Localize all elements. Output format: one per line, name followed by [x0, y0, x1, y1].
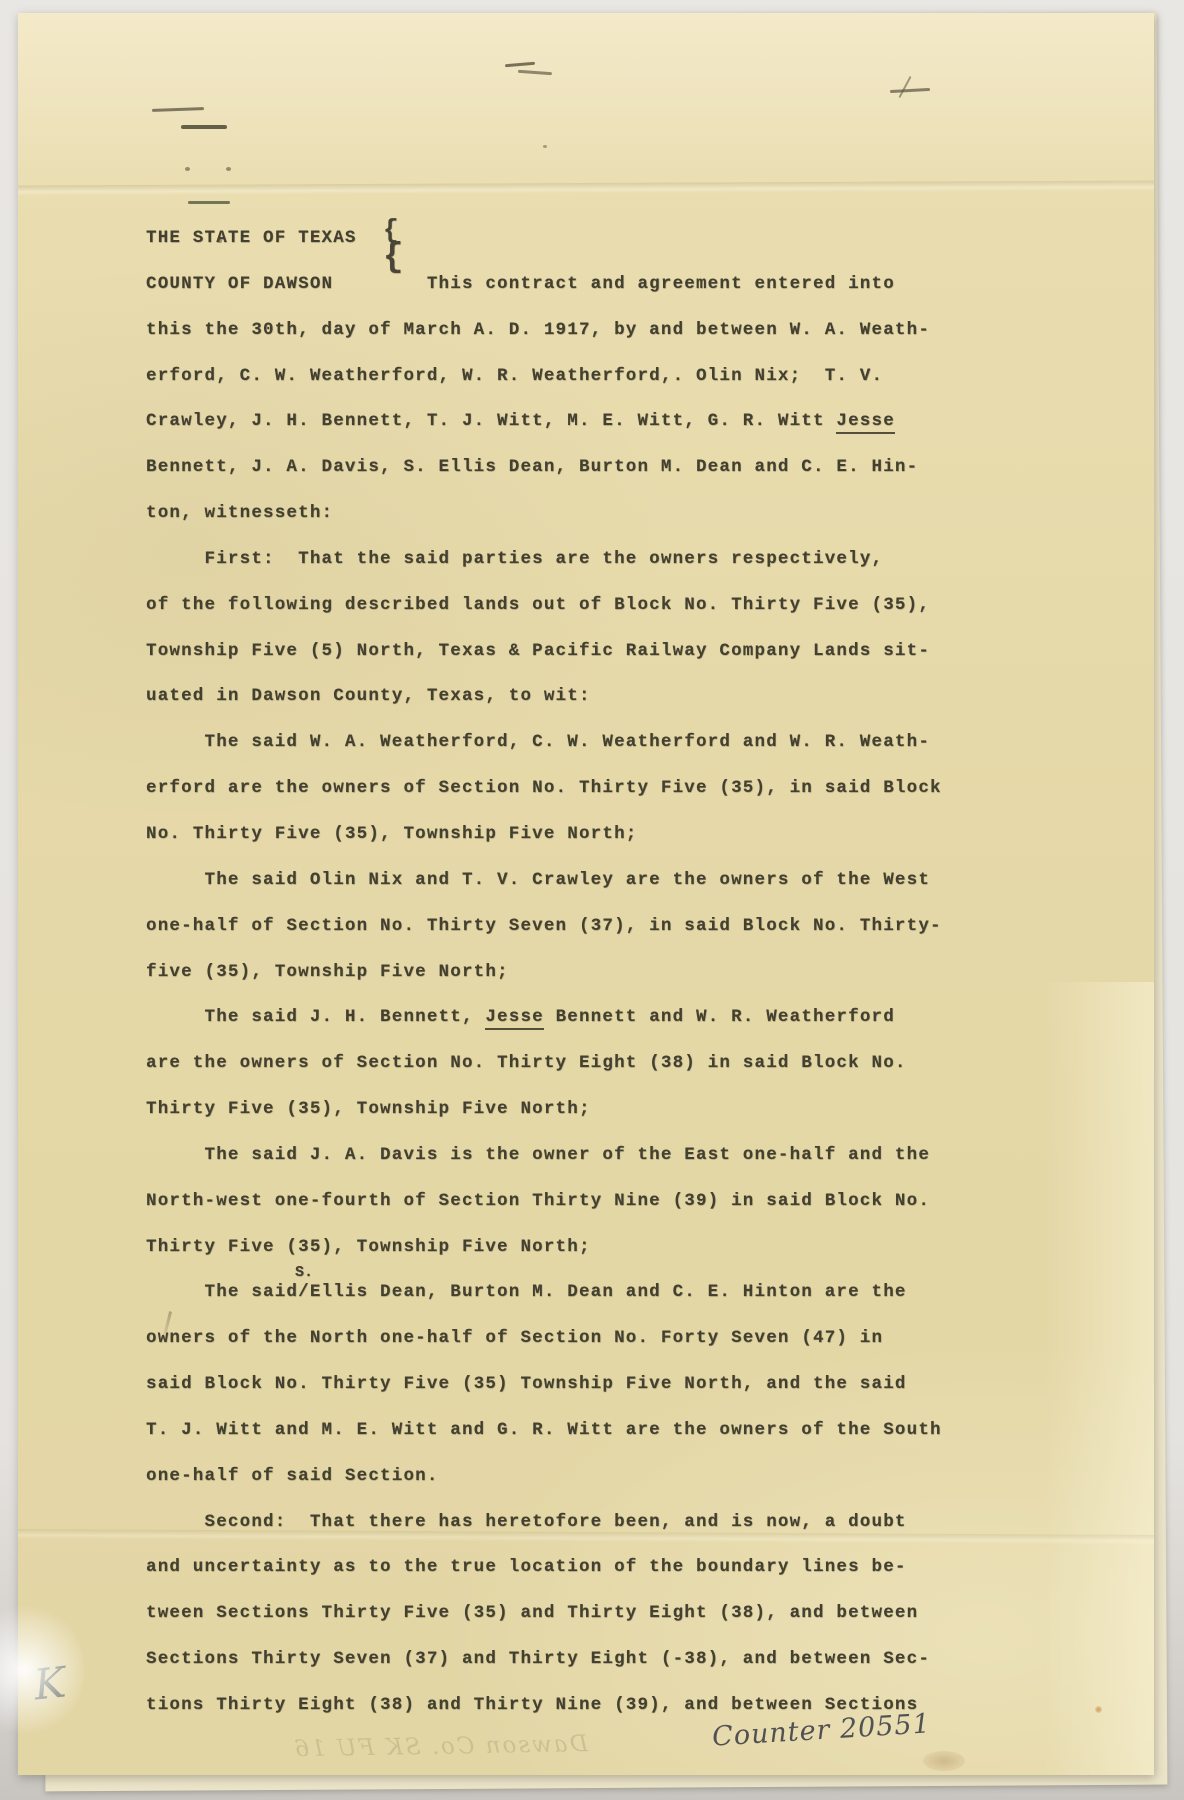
typed-line: are the owners of Section No. Thirty Eig… — [146, 1041, 1106, 1087]
typed-line: erford, C. W. Weatherford, W. R. Weather… — [146, 354, 1106, 400]
typed-line: of the following described lands out of … — [146, 583, 1106, 629]
typed-segment: Crawley, J. H. Bennett, T. J. Witt, M. E… — [146, 411, 836, 431]
typed-line: North-west one-fourth of Section Thirty … — [146, 1179, 1106, 1225]
typed-segment: Bennett and W. R. Weatherford — [544, 1007, 895, 1027]
typed-line: Bennett, J. A. Davis, S. Ellis Dean, Bur… — [146, 445, 1106, 491]
document-page: { { THE STATE OF TEXASCOUNTY OF DAWSON T… — [18, 13, 1154, 1775]
typed-line: THE STATE OF TEXAS — [146, 216, 1106, 262]
typed-line: Thirty Five (35), Township Five North; — [146, 1225, 1106, 1271]
typed-segment: The said J. H. Bennett, — [146, 1007, 485, 1027]
scan-speck — [226, 167, 231, 171]
typed-line: First: That the said parties are the own… — [146, 537, 1106, 583]
typed-line: Second: That there has heretofore been, … — [146, 1500, 1106, 1546]
typed-text: THE STATE OF TEXASCOUNTY OF DAWSON This … — [146, 216, 1106, 1729]
scan-speck — [543, 145, 547, 148]
typed-line: tween Sections Thirty Five (35) and Thir… — [146, 1591, 1106, 1637]
typed-line: Township Five (5) North, Texas & Pacific… — [146, 629, 1106, 675]
typed-insertion: S. — [295, 1265, 313, 1280]
typed-line: ton, witnesseth: — [146, 491, 1106, 537]
typed-line: The said W. A. Weatherford, C. W. Weathe… — [146, 720, 1106, 766]
typed-line: The said Olin Nix and T. V. Crawley are … — [146, 858, 1106, 904]
typed-line: The said/Ellis Dean, Burton M. Dean and … — [146, 1270, 1106, 1316]
typed-line: erford are the owners of Section No. Thi… — [146, 766, 1106, 812]
ink-stain — [923, 1751, 965, 1771]
paper-top-strip — [18, 13, 1154, 183]
typed-line: one-half of Section No. Thirty Seven (37… — [146, 904, 1106, 950]
typed-line: uated in Dawson County, Texas, to wit: — [146, 674, 1106, 720]
typed-line: No. Thirty Five (35), Township Five Nort… — [146, 812, 1106, 858]
underlined-word: Jesse — [836, 411, 895, 434]
typed-line: T. J. Witt and M. E. Witt and G. R. Witt… — [146, 1408, 1106, 1454]
typed-line: this the 30th, day of March A. D. 1917, … — [146, 308, 1106, 354]
typed-line: and uncertainty as to the true location … — [146, 1545, 1106, 1591]
bleed-through-handwriting: Dawson Co. SK FU 16 — [148, 1731, 588, 1765]
typed-line: tions Thirty Eight (38) and Thirty Nine … — [146, 1683, 1106, 1729]
scan-background: { "document": { "icons": { "brace_small"… — [0, 0, 1184, 1800]
staple-mark — [181, 125, 227, 129]
typed-line: The said J. A. Davis is the owner of the… — [146, 1133, 1106, 1179]
typed-line: Thirty Five (35), Township Five North; — [146, 1087, 1106, 1133]
typed-line: owners of the North one-half of Section … — [146, 1316, 1106, 1362]
scan-speck — [185, 167, 190, 171]
underlined-word: Jesse — [485, 1007, 544, 1030]
typed-line: Crawley, J. H. Bennett, T. J. Witt, M. E… — [146, 399, 1106, 445]
typed-line: five (35), Township Five North; — [146, 950, 1106, 996]
staple-mark — [188, 201, 230, 204]
typed-line: said Block No. Thirty Five (35) Township… — [146, 1362, 1106, 1408]
typed-line: Sections Thirty Seven (37) and Thirty Ei… — [146, 1637, 1106, 1683]
typed-line: COUNTY OF DAWSON This contract and agree… — [146, 262, 1106, 308]
typed-line: The said J. H. Bennett, Jesse Bennett an… — [146, 995, 1106, 1041]
margin-mark-handwriting: K — [32, 1657, 68, 1709]
typed-line: one-half of said Section. — [146, 1454, 1106, 1500]
